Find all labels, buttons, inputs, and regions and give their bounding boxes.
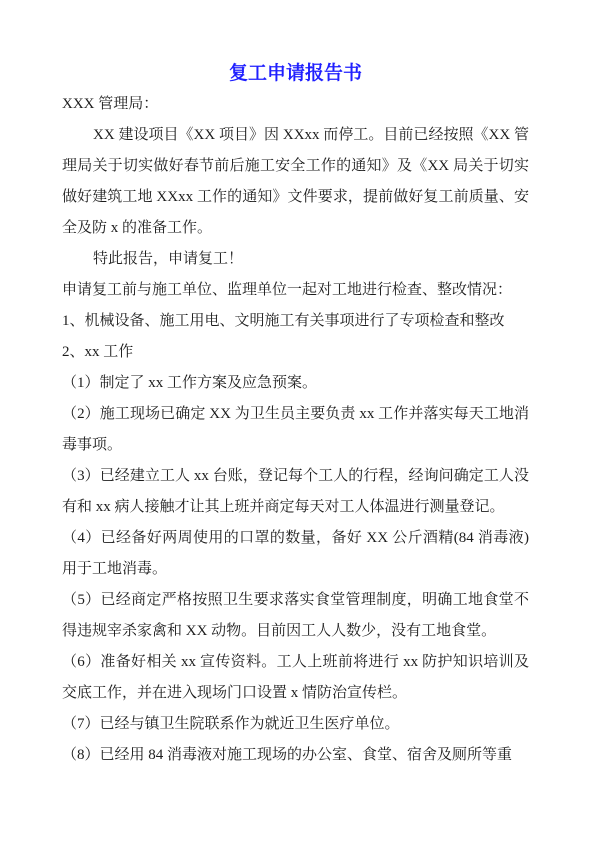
paragraph: （1）制定了 xx 工作方案及应急预案。 — [62, 368, 529, 399]
paragraph: （2）施工现场已确定 XX 为卫生员主要负责 xx 工作并落实每天工地消毒事项。 — [62, 399, 529, 461]
paragraph: （8）已经用 84 消毒液对施工现场的办公室、食堂、宿舍及厕所等重 — [62, 740, 529, 771]
paragraph: 1、机械设备、施工用电、文明施工有关事项进行了专项检查和整改 — [62, 306, 529, 337]
paragraph: 申请复工前与施工单位、监理单位一起对工地进行检查、整改情况： — [62, 275, 529, 306]
paragraph: （3）已经建立工人 xx 台账，登记每个工人的行程，经询问确定工人没有和 xx … — [62, 461, 529, 523]
salutation: XXX 管理局： — [62, 89, 529, 120]
paragraph: 2、xx 工作 — [62, 337, 529, 368]
paragraph: （4）已经备好两周使用的口罩的数量，备好 XX 公斤酒精(84 消毒液)用于工地… — [62, 523, 529, 585]
paragraph: （6）准备好相关 xx 宣传资料。工人上班前将进行 xx 防护知识培训及交底工作… — [62, 647, 529, 709]
document-title: 复工申请报告书 — [62, 58, 529, 89]
paragraph: （5）已经商定严格按照卫生要求落实食堂管理制度，明确工地食堂不得违规宰杀家禽和 … — [62, 585, 529, 647]
document-page: 复工申请报告书 XXX 管理局： XX 建设项目《XX 项目》因 XXxx 而停… — [0, 0, 595, 842]
paragraph: （7）已经与镇卫生院联系作为就近卫生医疗单位。 — [62, 709, 529, 740]
document-body: XX 建设项目《XX 项目》因 XXxx 而停工。目前已经按照《XX 管理局关于… — [62, 120, 529, 771]
paragraph: XX 建设项目《XX 项目》因 XXxx 而停工。目前已经按照《XX 管理局关于… — [62, 120, 529, 244]
paragraph: 特此报告，申请复工！ — [62, 244, 529, 275]
